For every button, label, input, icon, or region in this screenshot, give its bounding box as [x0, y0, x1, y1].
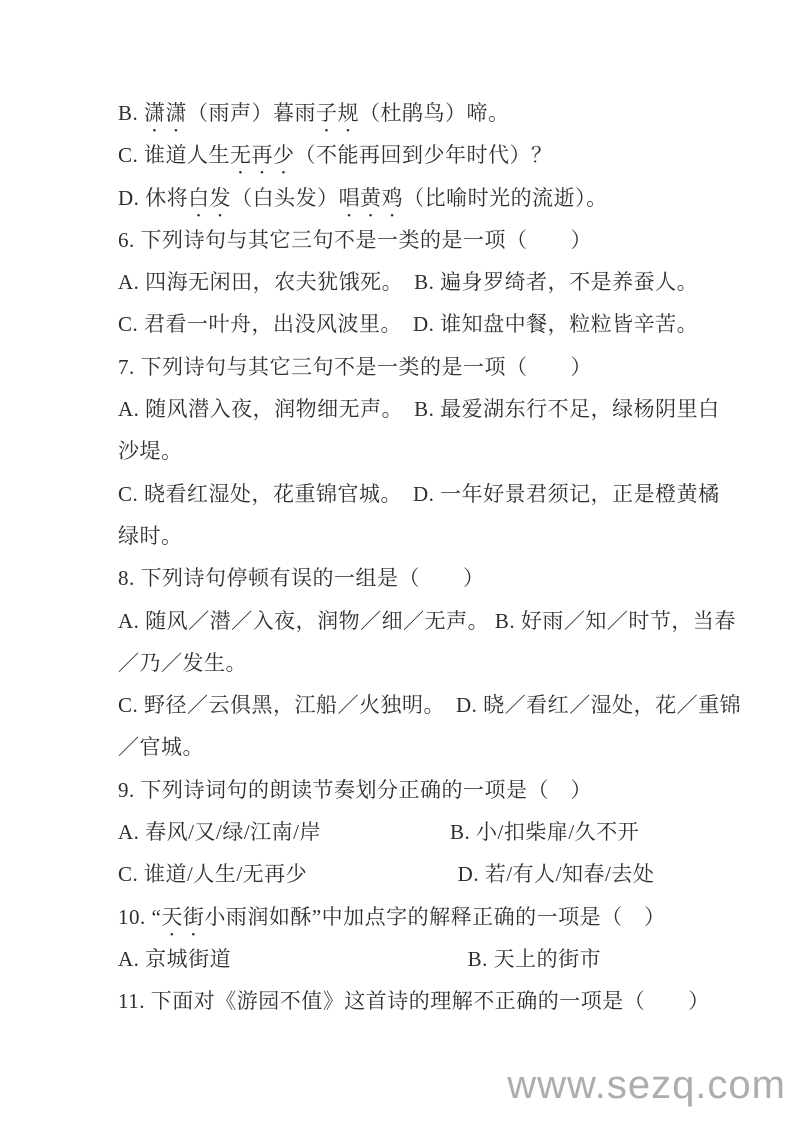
- text-line: B. 潇潇（雨声）暮雨子规（杜鹃鸟）啼。: [118, 92, 718, 134]
- text-segment: （白头发）: [231, 186, 339, 210]
- text-line: A. 四海无闲田，农夫犹饿死。 B. 遍身罗绮者，不是养蚕人。: [118, 261, 718, 303]
- text-segment: 6. 下列诗句与其它三句不是一类的是一项（ ）: [118, 228, 592, 252]
- text-line: C. 谁道人生无再少（不能再回到少年时代）？: [118, 134, 718, 176]
- text-segment: 11. 下面对《游园不值》这首诗的理解不正确的一项是（ ）: [118, 989, 710, 1013]
- emphasized-text: 无再少: [230, 143, 295, 167]
- text-line: A. 春风/又/绿/江南/岸 B. 小/扣柴扉/久不开: [118, 811, 718, 853]
- emphasized-text: 白发: [188, 186, 231, 210]
- text-segment: 8. 下列诗句停顿有误的一组是（ ）: [118, 566, 485, 590]
- emphasized-text: 天街: [161, 905, 204, 929]
- document-page: B. 潇潇（雨声）暮雨子规（杜鹃鸟）啼。C. 谁道人生无再少（不能再回到少年时代…: [0, 0, 800, 1131]
- emphasized-text: 子规: [316, 101, 359, 125]
- text-segment: （杜鹃鸟）啼。: [359, 101, 510, 125]
- text-line: ／乃／发生。: [118, 642, 718, 684]
- watermark: www.sezq.com: [507, 1065, 786, 1105]
- text-line: 10. “天街小雨润如酥”中加点字的解释正确的一项是（ ）: [118, 896, 718, 938]
- text-segment: C. 晓看红湿处，花重锦官城。 D. 一年好景君须记，正是橙黄橘: [118, 482, 720, 506]
- text-segment: （比喻时光的流逝）。: [403, 186, 608, 210]
- text-line: C. 谁道/人生/无再少 D. 若/有人/知春/去处: [118, 853, 718, 895]
- text-line: ／官城。: [118, 726, 718, 768]
- text-line: 11. 下面对《游园不值》这首诗的理解不正确的一项是（ ）: [118, 980, 718, 1022]
- text-segment: C. 野径／云俱黑，江船／火独明。 D. 晓／看红／湿处，花／重锦: [118, 693, 741, 717]
- text-segment: B.: [118, 101, 144, 125]
- emphasized-text: 潇潇: [144, 101, 187, 125]
- text-segment: （雨声）暮雨: [187, 101, 316, 125]
- document-body: B. 潇潇（雨声）暮雨子规（杜鹃鸟）啼。C. 谁道人生无再少（不能再回到少年时代…: [118, 92, 718, 1023]
- text-segment: C. 谁道/人生/无再少 D. 若/有人/知春/去处: [118, 862, 654, 886]
- text-line: C. 野径／云俱黑，江船／火独明。 D. 晓／看红／湿处，花／重锦: [118, 684, 718, 726]
- text-segment: C. 君看一叶舟，出没风波里。 D. 谁知盘中餐，粒粒皆辛苦。: [118, 312, 698, 336]
- text-line: A. 京城街道 B. 天上的街市: [118, 938, 718, 980]
- text-segment: D. 休将: [118, 186, 188, 210]
- text-segment: A. 春风/又/绿/江南/岸 B. 小/扣柴扉/久不开: [118, 820, 639, 844]
- text-segment: ／乃／发生。: [118, 651, 247, 675]
- text-line: 6. 下列诗句与其它三句不是一类的是一项（ ）: [118, 219, 718, 261]
- text-segment: 10. “: [118, 905, 161, 929]
- text-segment: A. 四海无闲田，农夫犹饿死。 B. 遍身罗绮者，不是养蚕人。: [118, 270, 698, 294]
- text-line: A. 随风潜入夜，润物细无声。 B. 最爱湖东行不足，绿杨阴里白: [118, 388, 718, 430]
- text-line: D. 休将白发（白头发）唱黄鸡（比喻时光的流逝）。: [118, 177, 718, 219]
- text-segment: A. 随风／潜／入夜，润物／细／无声。 B. 好雨／知／时节，当春: [118, 609, 736, 633]
- text-segment: 7. 下列诗句与其它三句不是一类的是一项（ ）: [118, 355, 592, 379]
- text-segment: A. 京城街道 B. 天上的街市: [118, 947, 601, 971]
- text-line: 7. 下列诗句与其它三句不是一类的是一项（ ）: [118, 346, 718, 388]
- text-line: 8. 下列诗句停顿有误的一组是（ ）: [118, 557, 718, 599]
- text-segment: A. 随风潜入夜，润物细无声。 B. 最爱湖东行不足，绿杨阴里白: [118, 397, 720, 421]
- text-line: C. 君看一叶舟，出没风波里。 D. 谁知盘中餐，粒粒皆辛苦。: [118, 303, 718, 345]
- text-segment: 小雨润如酥”中加点字的解释正确的一项是（ ）: [204, 905, 665, 929]
- text-line: C. 晓看红湿处，花重锦官城。 D. 一年好景君须记，正是橙黄橘: [118, 473, 718, 515]
- text-segment: C. 谁道人生: [118, 143, 230, 167]
- emphasized-text: 唱黄鸡: [339, 186, 404, 210]
- text-line: 9. 下列诗词句的朗读节奏划分正确的一项是（ ）: [118, 769, 718, 811]
- text-line: A. 随风／潜／入夜，润物／细／无声。 B. 好雨／知／时节，当春: [118, 600, 718, 642]
- text-line: 绿时。: [118, 515, 718, 557]
- text-segment: （不能再回到少年时代）？: [295, 143, 553, 167]
- text-segment: 沙堤。: [118, 439, 183, 463]
- text-line: 沙堤。: [118, 430, 718, 472]
- text-segment: ／官城。: [118, 735, 204, 759]
- text-segment: 绿时。: [118, 524, 183, 548]
- text-segment: 9. 下列诗词句的朗读节奏划分正确的一项是（ ）: [118, 778, 592, 802]
